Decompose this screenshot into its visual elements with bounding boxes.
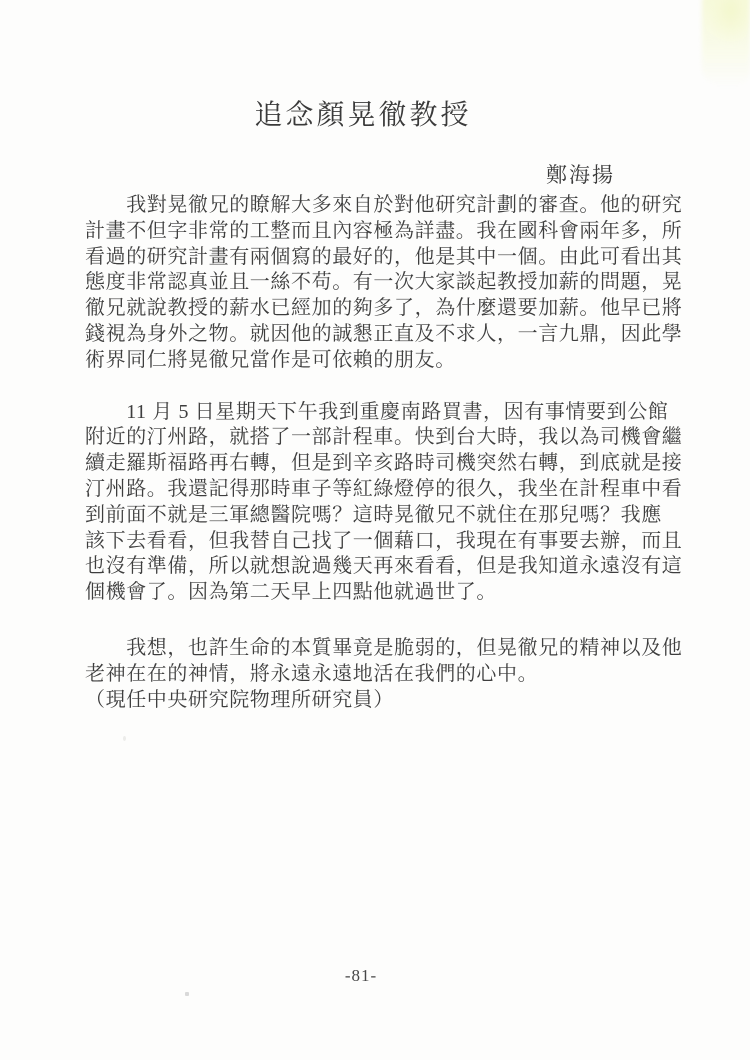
paragraph: （現任中央研究院物理所研究員） bbox=[85, 688, 642, 714]
scan-speck bbox=[123, 736, 126, 741]
scan-smudge-artifact bbox=[702, 0, 750, 86]
paragraph: 我想，也許生命的本質畢竟是脆弱的，但晃徹兄的精神以及他老神在在的神情，將永遠永遠… bbox=[85, 636, 642, 688]
page-number: -81- bbox=[0, 966, 736, 986]
text-line: 看過的研究計畫有兩個寫的最好的，他是其中一個。由此可看出其 bbox=[85, 245, 642, 271]
text-line: 計畫不但字非常的工整而且內容極為詳盡。我在國科會兩年多，所 bbox=[85, 219, 642, 245]
page-title: 追念顏晃徹教授 bbox=[0, 93, 738, 133]
text-line: 附近的汀州路，就搭了一部計程車。快到台大時，我以為司機會繼 bbox=[85, 425, 642, 451]
text-line: 個機會了。因為第二天早上四點他就過世了。 bbox=[85, 580, 642, 606]
text-line: 續走羅斯福路再右轉，但是到辛亥路時司機突然右轉，到底就是接 bbox=[85, 451, 642, 477]
text-line: 我想，也許生命的本質畢竟是脆弱的，但晃徹兄的精神以及他 bbox=[85, 636, 642, 662]
text-line: 錢視為身外之物。就因他的誠懇正直及不求人，一言九鼎，因此學 bbox=[85, 322, 642, 348]
document-page: 追念顏晃徹教授 鄭海揚 我對晃徹兄的瞭解大多來自於對他研究計劃的審查。他的研究計… bbox=[0, 0, 750, 1060]
document-content: 鄭海揚 我對晃徹兄的瞭解大多來自於對他研究計劃的審查。他的研究計畫不但字非常的工… bbox=[85, 162, 642, 713]
document-body: 我對晃徹兄的瞭解大多來自於對他研究計劃的審查。他的研究計畫不但字非常的工整而且內… bbox=[85, 193, 642, 713]
paragraph: 我對晃徹兄的瞭解大多來自於對他研究計劃的審查。他的研究計畫不但字非常的工整而且內… bbox=[85, 193, 642, 374]
text-line: （現任中央研究院物理所研究員） bbox=[85, 688, 642, 714]
text-line: 態度非常認真並且一絲不苟。有一次大家談起教授加薪的問題，晃 bbox=[85, 270, 642, 296]
scan-speck bbox=[185, 992, 189, 996]
text-line: 汀州路。我還記得那時車子等紅綠燈停的很久，我坐在計程車中看 bbox=[85, 477, 642, 503]
text-line: 徹兄就說教授的薪水已經加的夠多了，為什麼還要加薪。他早已將 bbox=[85, 296, 642, 322]
author-name: 鄭海揚 bbox=[85, 162, 642, 188]
text-line: 術界同仁將晃徹兄當作是可依賴的朋友。 bbox=[85, 348, 642, 374]
text-line: 11 月 5 日星期天下午我到重慶南路買書，因有事情要到公館 bbox=[85, 400, 642, 426]
paragraph: 11 月 5 日星期天下午我到重慶南路買書，因有事情要到公館附近的汀州路，就搭了… bbox=[85, 400, 642, 606]
text-line: 也沒有準備，所以就想說過幾天再來看看，但是我知道永遠沒有這 bbox=[85, 554, 642, 580]
text-line: 老神在在的神情，將永遠永遠地活在我們的心中。 bbox=[85, 662, 642, 688]
text-line: 該下去看看，但我替自己找了一個藉口，我現在有事要去辦，而且 bbox=[85, 529, 642, 555]
text-line: 我對晃徹兄的瞭解大多來自於對他研究計劃的審查。他的研究 bbox=[85, 193, 642, 219]
text-line: 到前面不就是三軍總醫院嗎？這時晃徹兄不就住在那兒嗎？我應 bbox=[85, 503, 642, 529]
